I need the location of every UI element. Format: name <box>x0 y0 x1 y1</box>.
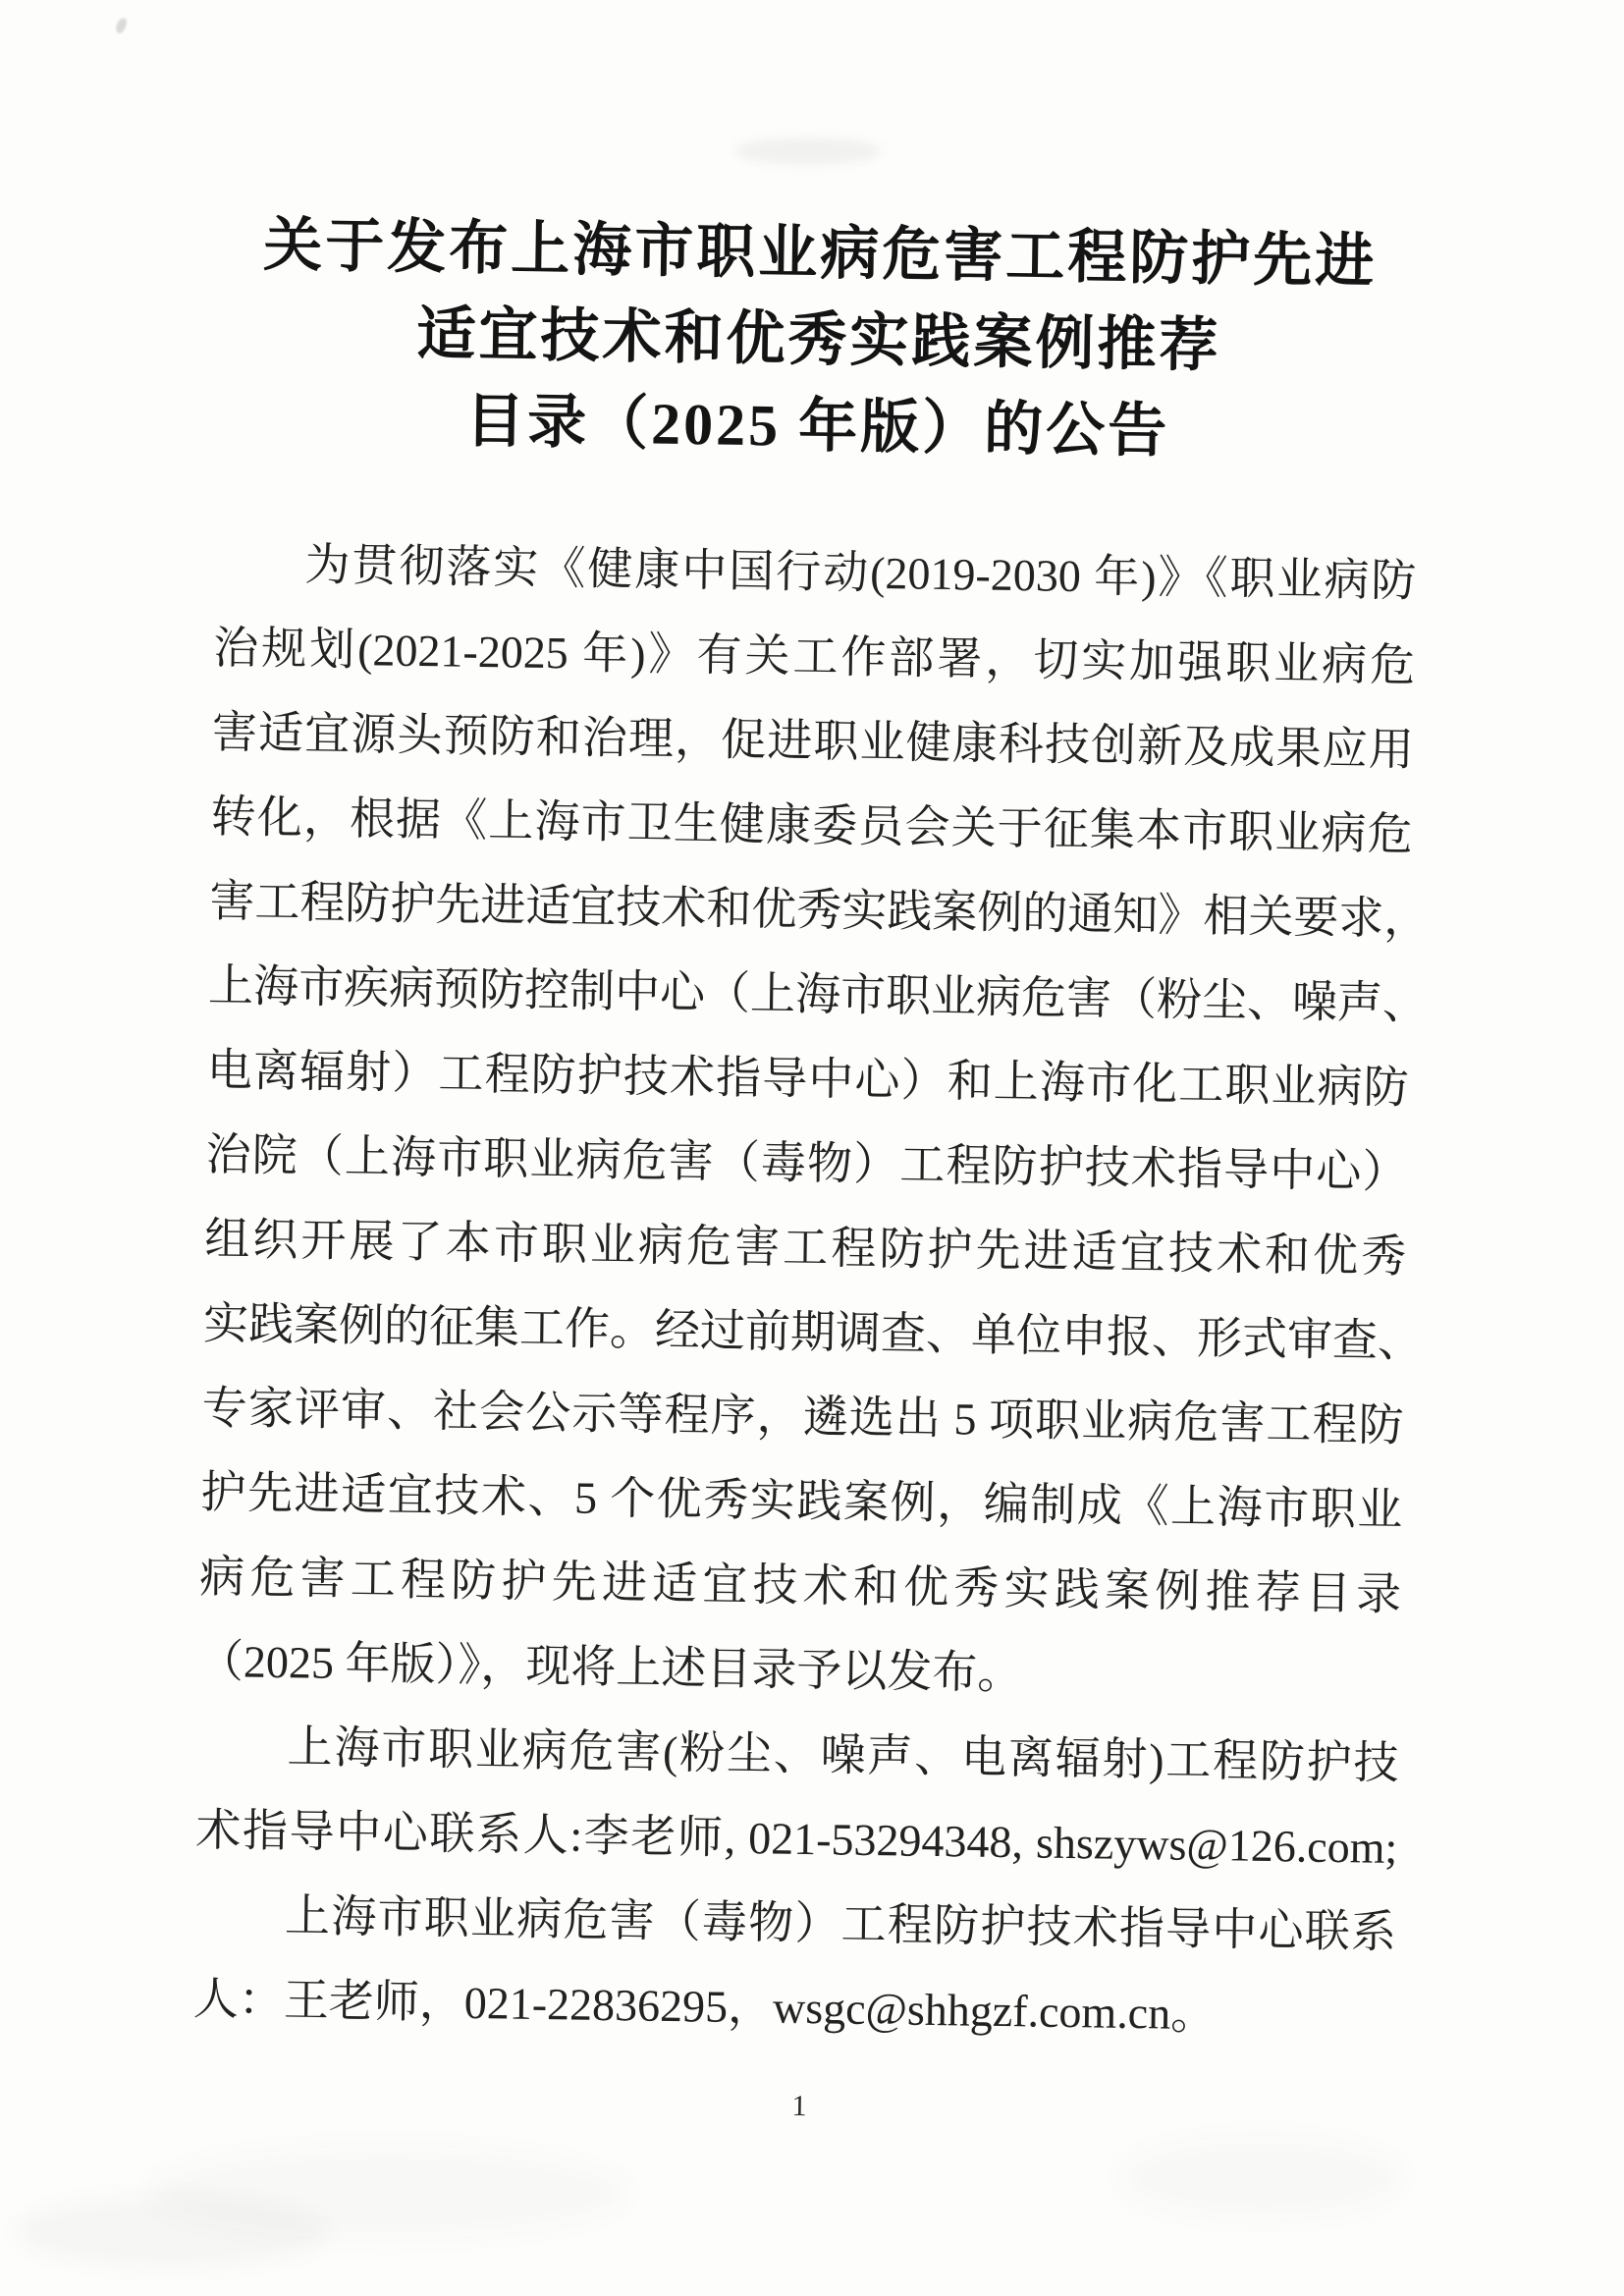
scan-artifact-smudge <box>147 2146 628 2239</box>
body-line: 人：王老师，021-22836295，wsgc@shhgzf.com.cn。 <box>192 1957 1395 2059</box>
scan-artifact-mark <box>115 17 129 34</box>
scan-artifact-smudge <box>15 2195 329 2269</box>
scanned-document-page: 关于发布上海市职业病危害工程防护先进 适宜技术和优秀实践案例推荐 目录（2025… <box>0 0 1624 2296</box>
paragraph: 上海市职业病危害(粉尘、噪声、电离辐射)工程防护技术指导中心联系人:李老师, 0… <box>195 1704 1399 1890</box>
document-body: 为贯彻落实《健康中国行动(2019-2030 年)》《职业病防治规划(2021-… <box>192 521 1417 2059</box>
document-title: 关于发布上海市职业病危害工程防护先进 适宜技术和优秀实践案例推荐 目录（2025… <box>216 201 1422 478</box>
paragraph: 上海市职业病危害（毒物）工程防护技术指导中心联系人：王老师，021-228362… <box>192 1873 1396 2059</box>
title-line: 关于发布上海市职业病危害工程防护先进 <box>219 201 1422 305</box>
scan-artifact-smudge <box>734 137 882 165</box>
title-line: 目录（2025 年版）的公告 <box>216 374 1419 478</box>
document-content: 关于发布上海市职业病危害工程防护先进 适宜技术和优秀实践案例推荐 目录（2025… <box>192 201 1422 2059</box>
paragraph: 为贯彻落实《健康中国行动(2019-2030 年)》《职业病防治规划(2021-… <box>197 521 1417 1722</box>
page-number: 1 <box>220 2081 1379 2132</box>
scan-artifact-smudge <box>1119 2136 1404 2219</box>
